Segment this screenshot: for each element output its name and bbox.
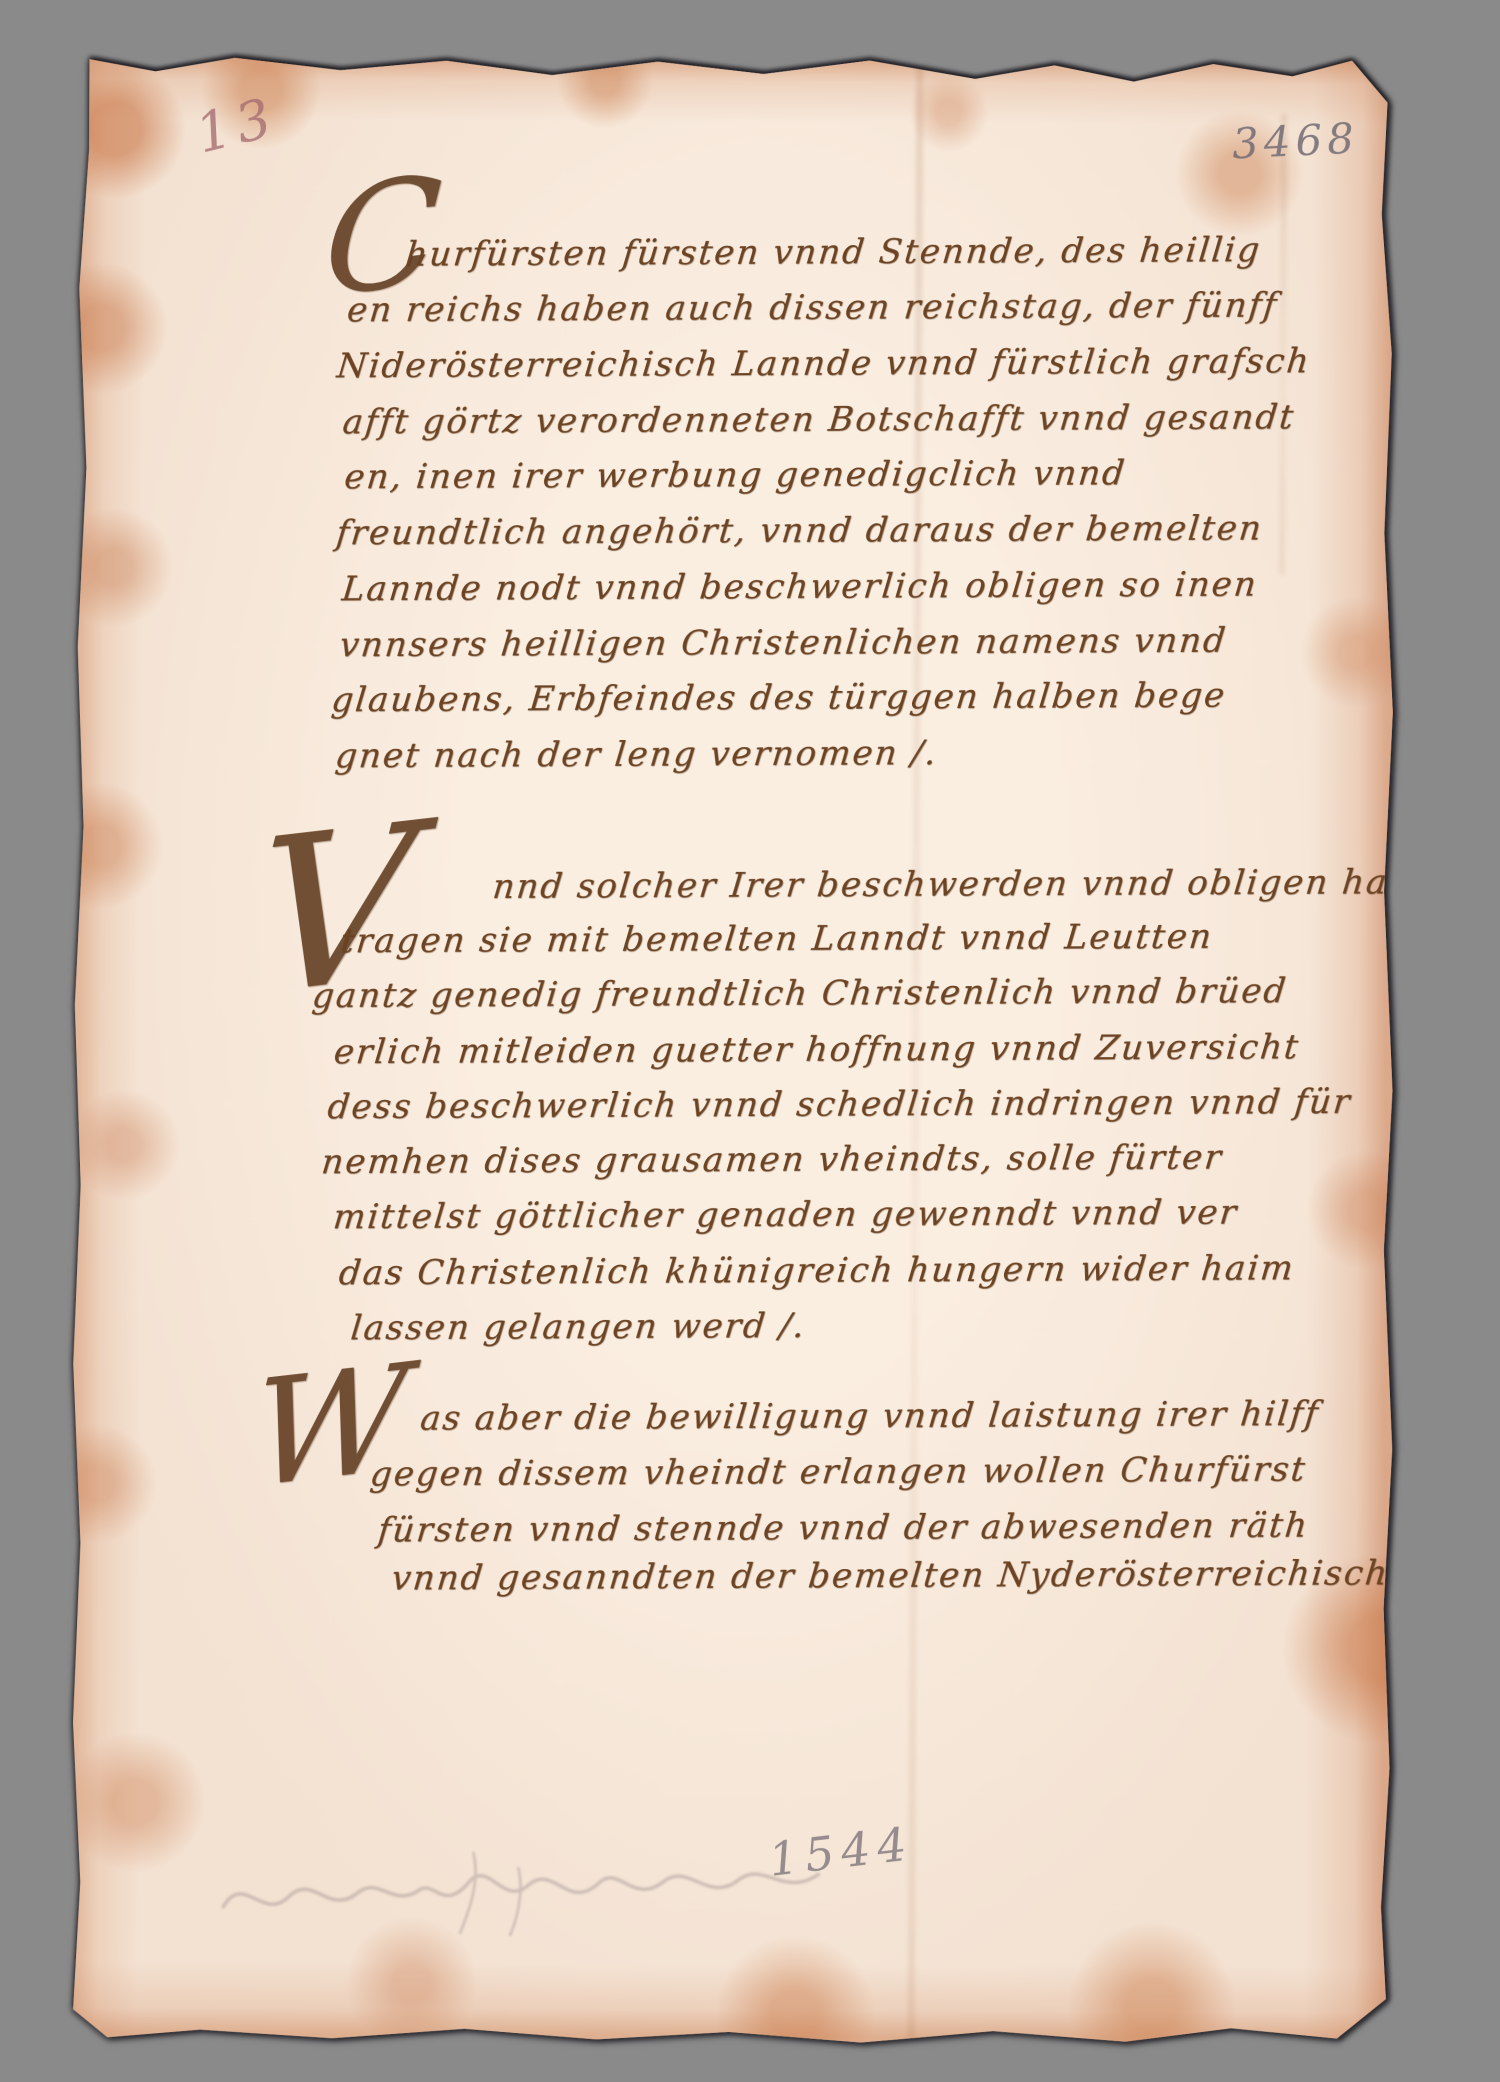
manuscript-line: en reichs haben auch dissen reichstag, d… bbox=[345, 285, 1280, 330]
manuscript-line: mittelst göttlicher genaden gewenndt vnn… bbox=[331, 1193, 1240, 1238]
photograph-background: 13 3468 C hurfürsten fürsten vnnd Stennd… bbox=[0, 0, 1500, 2082]
manuscript-line: nnd solcher Irer beschwerden vnnd oblige… bbox=[491, 862, 1427, 907]
folio-number-pencil: 13 bbox=[190, 85, 283, 165]
archive-number-pencil: 3468 bbox=[1231, 113, 1360, 168]
manuscript-line: gegen dissem vheindt erlangen wollen Chu… bbox=[368, 1450, 1308, 1495]
faint-pencil-inscription bbox=[218, 1812, 839, 1965]
manuscript-line: hurfürsten fürsten vnnd Stennde, des hei… bbox=[403, 230, 1263, 274]
manuscript-line: Lannde nodt vnnd beschwerlich obligen so… bbox=[340, 565, 1260, 610]
manuscript-line: das Christenlich khünigreich hungern wid… bbox=[337, 1248, 1297, 1293]
paper-sheet: 13 3468 C hurfürsten fürsten vnnd Stennd… bbox=[68, 49, 1399, 2047]
manuscript-line: nemhen dises grausamen vheindts, solle f… bbox=[320, 1138, 1225, 1183]
manuscript-line: lassen gelangen werd /. bbox=[349, 1306, 808, 1348]
manuscript-line: glaubens, Erbfeindes des türggen halben … bbox=[330, 676, 1229, 721]
manuscript-line: afft görtz verordenneten Botschafft vnnd… bbox=[341, 397, 1297, 442]
manuscript-line: tragen sie mit bemelten Lanndt vnnd Leut… bbox=[338, 917, 1214, 962]
manuscript-line: gnet nach der leng vernomen /. bbox=[333, 733, 939, 776]
manuscript-line: as aber die bewilligung vnnd laistung ir… bbox=[418, 1394, 1321, 1439]
manuscript-line: fürsten vnnd stennde vnnd der abwesenden… bbox=[376, 1506, 1311, 1551]
manuscript-line: Niderösterreichisch Lannde vnnd fürstlic… bbox=[335, 341, 1312, 386]
manuscript-page: 13 3468 C hurfürsten fürsten vnnd Stennd… bbox=[68, 49, 1399, 2047]
manuscript-line: vnnd gesanndten der bemelten Nyderösterr… bbox=[390, 1553, 1391, 1598]
manuscript-line: freundtlich angehört, vnnd daraus der be… bbox=[334, 508, 1265, 553]
manuscript-line: erlich mitleiden guetter hoffnung vnnd Z… bbox=[332, 1027, 1302, 1072]
manuscript-line: dess beschwerlich vnnd schedlich indring… bbox=[326, 1082, 1354, 1127]
manuscript-line: en, inen irer werbung genedigclich vnnd bbox=[342, 453, 1128, 497]
manuscript-line: gantz genedig freundtlich Christenlich v… bbox=[310, 971, 1289, 1016]
manuscript-line: vnnsers heilligen Christenlichen namens … bbox=[338, 621, 1229, 666]
